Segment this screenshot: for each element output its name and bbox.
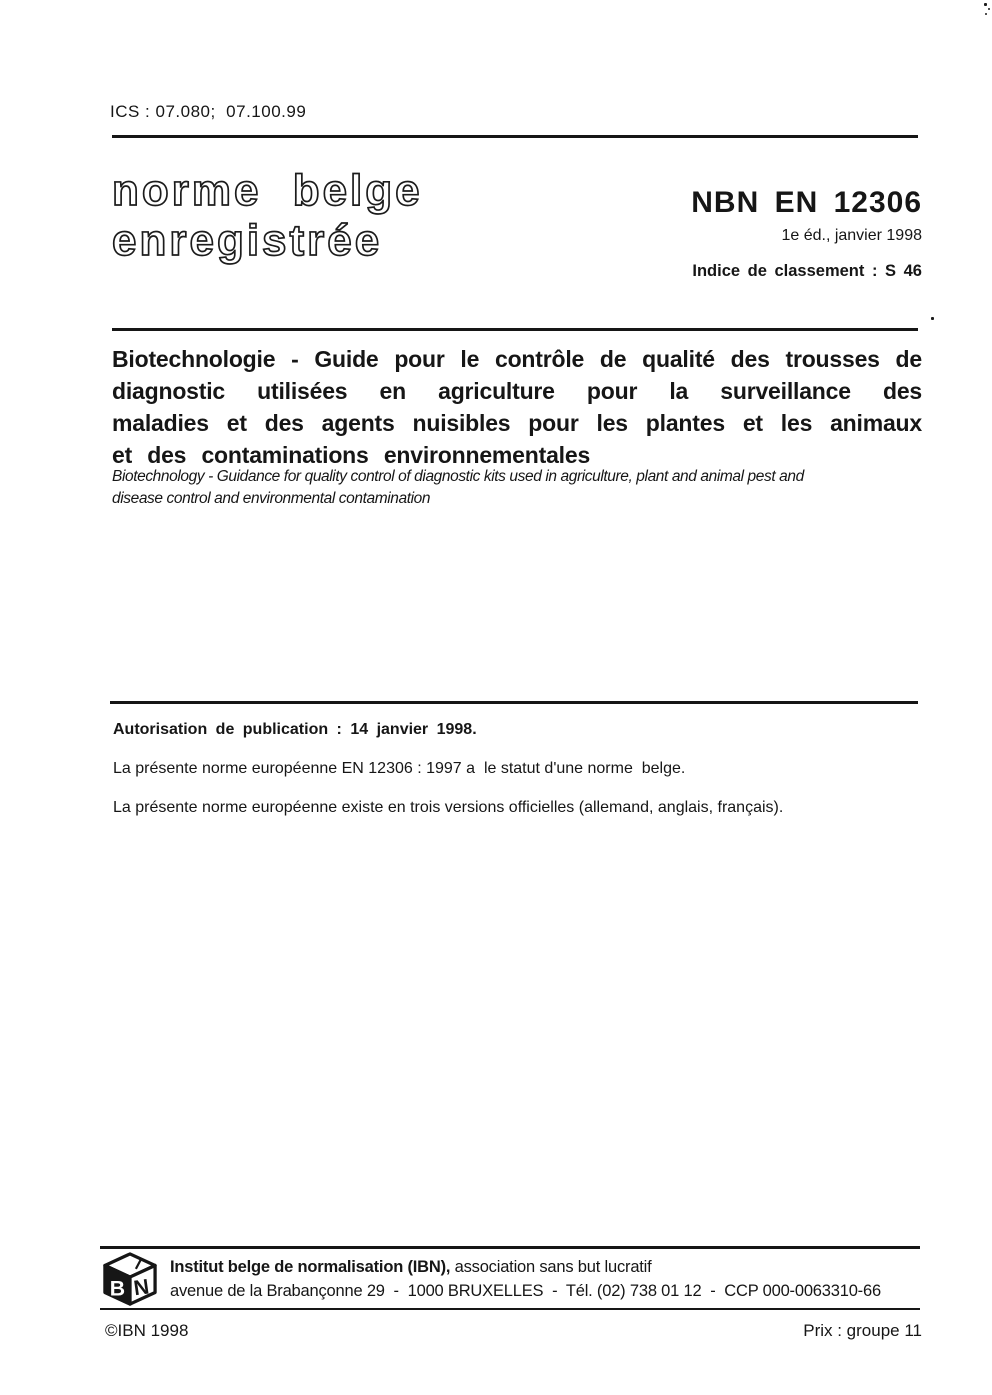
classification-index: Indice de classement : S 46	[691, 261, 922, 281]
reference-block: NBN EN 12306 1e éd., janvier 1998 Indice…	[691, 186, 922, 281]
footer-address: avenue de la Brabançonne 29 - 1000 BRUXE…	[170, 1279, 881, 1303]
copyright-notice: ©IBN 1998	[105, 1321, 188, 1341]
scan-speckle	[988, 8, 990, 10]
title-french-line: diagnostic utilisées en agriculture pour…	[112, 375, 922, 407]
versions-line: La présente norme européenne existe en t…	[113, 799, 783, 817]
ics-code: ICS : 07.080; 07.100.99	[110, 102, 306, 122]
footer-institute-line1: Institut belge de normalisation (IBN), a…	[170, 1255, 881, 1279]
title-french-line: Biotechnologie - Guide pour le contrôle …	[112, 343, 922, 375]
status-line: La présente norme européenne EN 12306 : …	[113, 760, 685, 778]
document-type-line1: norme belge	[112, 166, 423, 216]
authorization-line: Autorisation de publication : 14 janvier…	[113, 721, 477, 739]
document-type-heading: norme belge enregistrée	[112, 166, 423, 266]
title-french-line: maladies et des agents nuisibles pour le…	[112, 407, 922, 439]
logo-letter-b: B	[110, 1277, 125, 1300]
footer-institute: Institut belge de normalisation (IBN), a…	[170, 1255, 881, 1303]
scan-speckle	[336, 451, 338, 453]
scan-speckle	[985, 13, 987, 15]
standard-cover-page: ICS : 07.080; 07.100.99 norme belge enre…	[0, 0, 992, 1395]
title-english-line: disease control and environmental contam…	[112, 488, 804, 510]
title-english: Biotechnology - Guidance for quality con…	[112, 466, 804, 510]
ibn-cube-logo-icon: B N I	[100, 1252, 160, 1306]
divider-top	[112, 135, 918, 138]
divider-footer-bottom	[100, 1308, 920, 1310]
logo-letter-n: N	[132, 1275, 150, 1300]
divider-title	[112, 328, 918, 331]
divider-footer-top	[100, 1246, 920, 1249]
divider-middle	[110, 701, 918, 704]
scan-speckle	[931, 317, 934, 320]
title-english-line: Biotechnology - Guidance for quality con…	[112, 466, 804, 488]
document-type-line2: enregistrée	[112, 216, 423, 266]
institute-descriptor: association sans but lucratif	[450, 1258, 651, 1276]
standard-number: NBN EN 12306	[691, 186, 922, 220]
title-french: Biotechnologie - Guide pour le contrôle …	[112, 343, 922, 471]
institute-name: Institut belge de normalisation (IBN),	[170, 1258, 450, 1276]
price-group: Prix : groupe 11	[803, 1321, 922, 1341]
edition-date: 1e éd., janvier 1998	[691, 226, 922, 246]
scan-speckle	[984, 3, 987, 6]
